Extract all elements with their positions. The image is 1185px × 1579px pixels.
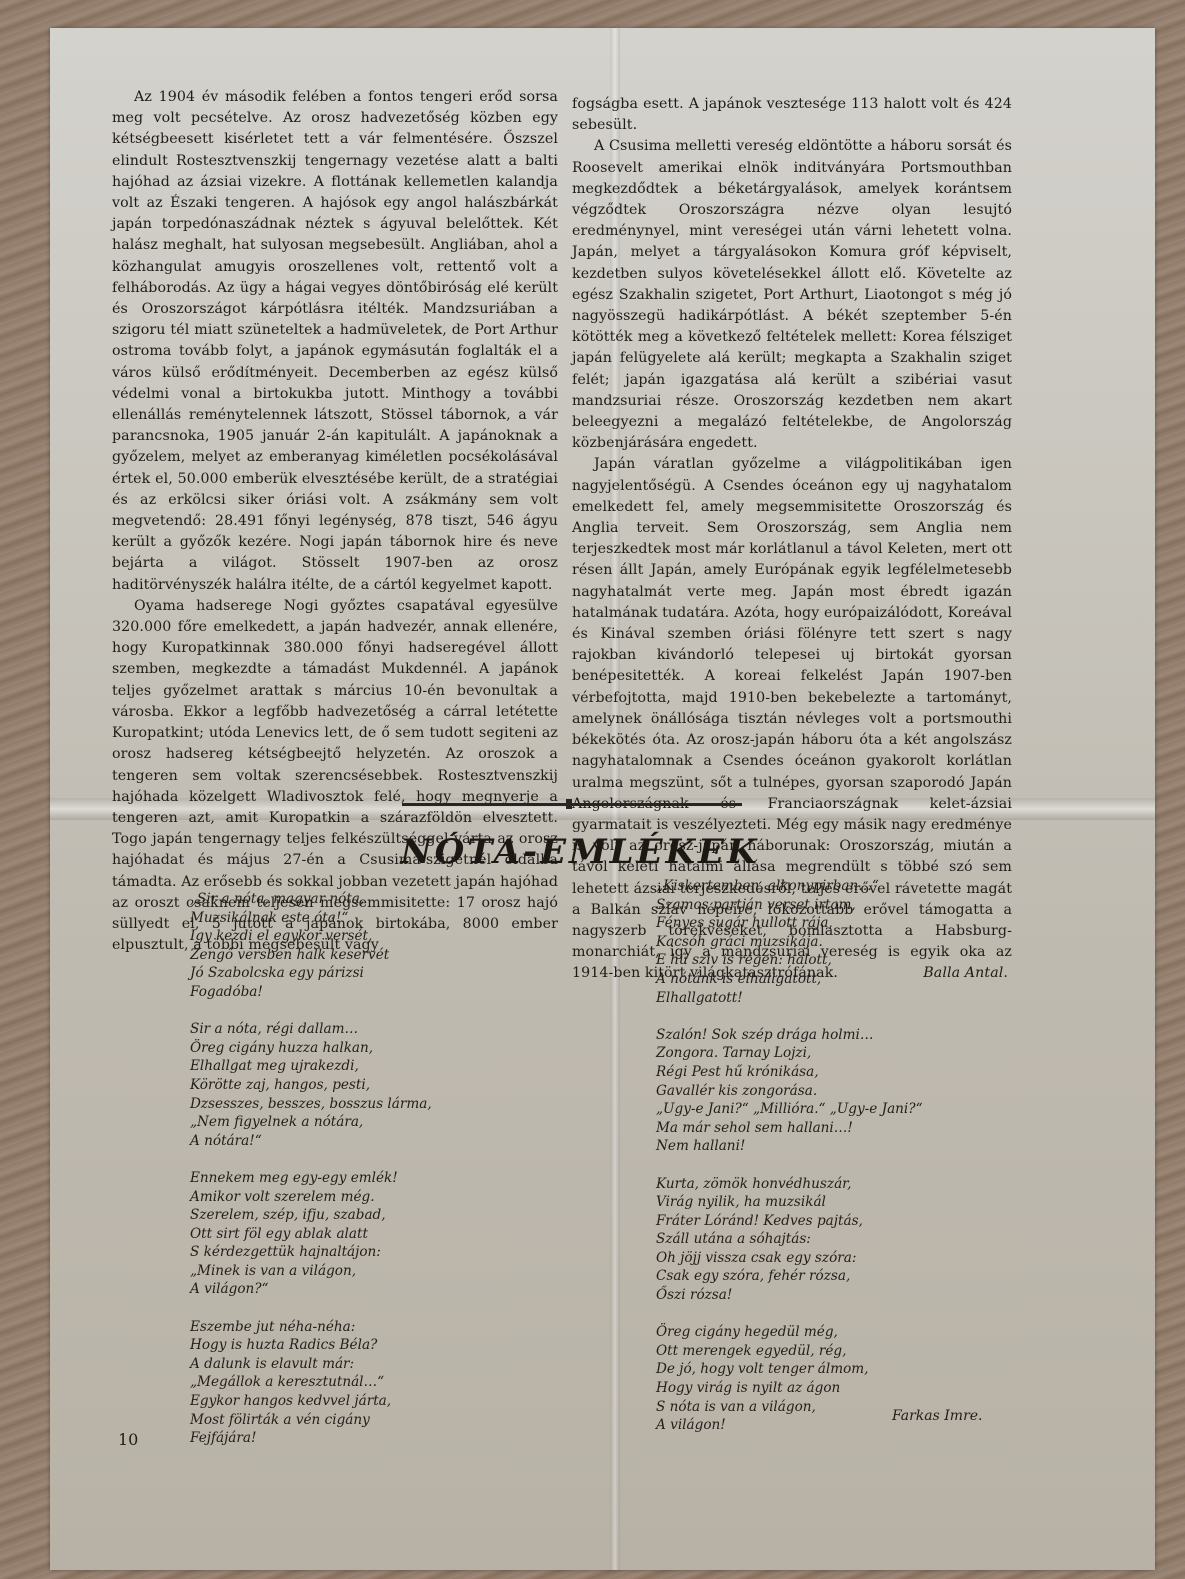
- poem-line: Sir a nóta, régi dallam…: [190, 1020, 510, 1039]
- poem-line: A dalunk is elavult már:: [190, 1355, 510, 1374]
- poem-right-column: „Kiskertemben, alkonypirban…“Szamos part…: [656, 877, 1016, 1453]
- poem-line: „Kiskertemben, alkonypirban…“: [656, 877, 1016, 896]
- poem-line: Ma már sehol sem hallani…!: [656, 1119, 1016, 1138]
- poem-line: Amikor volt szerelem még.: [190, 1188, 510, 1207]
- poem-line: Muzsikálnak este óta!“: [190, 909, 510, 928]
- poem-line: Hogy is huzta Radics Béla?: [190, 1336, 510, 1355]
- poem-line: Eszembe jut néha-néha:: [190, 1318, 510, 1337]
- poem-line: Ott sirt föl egy ablak alatt: [190, 1225, 510, 1244]
- poem-line: Öreg cigány hegedül még,: [656, 1323, 1016, 1342]
- article-paragraph: A Csusima melletti vereség eldöntötte a …: [572, 136, 1012, 454]
- article-left-column: Az 1904 év második felében a fontos teng…: [112, 87, 558, 956]
- poem-line: Körötte zaj, hangos, pesti,: [190, 1076, 510, 1095]
- poem-line: Ott merengek egyedül, rég,: [656, 1342, 1016, 1361]
- poem-line: Virág nyilik, ha muzsikál: [656, 1193, 1016, 1212]
- poem-line: Igy kezdi el egykor versét,: [190, 927, 510, 946]
- poem-line: Száll utána a sóhajtás:: [656, 1230, 1016, 1249]
- poem-line: Oh jöjj vissza csak egy szóra:: [656, 1249, 1016, 1268]
- poem-line: Zongora. Tarnay Lojzi,: [656, 1044, 1016, 1063]
- poem-line: Szerelem, szép, ifju, szabad,: [190, 1206, 510, 1225]
- poem-stanza: „Sir a nóta, magyar nóta,Muzsikálnak est…: [190, 890, 510, 1002]
- poem-line: „Ugy-e Jani?“ „Millióra.“ „Ugy-e Jani?“: [656, 1100, 1016, 1119]
- poem-line: „Minek is van a világon,: [190, 1262, 510, 1281]
- poem-line: „Nem figyelnek a nótára,: [190, 1113, 510, 1132]
- poem-line: Őszi rózsa!: [656, 1286, 1016, 1305]
- poem-line: Kurta, zömök honvédhuszár,: [656, 1175, 1016, 1194]
- poem-line: S kérdezgettük hajnaltájon:: [190, 1243, 510, 1262]
- poem-stanza: Eszembe jut néha-néha:Hogy is huzta Radi…: [190, 1318, 510, 1448]
- poem-line: A nótánk is elhallgatott,: [656, 970, 1016, 989]
- poem-line: Most fölirták a vén cigány: [190, 1411, 510, 1430]
- poem-line: Hogy virág is nyilt az ágon: [656, 1379, 1016, 1398]
- poem-line: Szamos partján verset irtam,: [656, 896, 1016, 915]
- poem-left-column: „Sir a nóta, magyar nóta,Muzsikálnak est…: [190, 890, 510, 1466]
- poem-author: Farkas Imre.: [892, 1408, 983, 1424]
- poem-line: Fényes sugár hullott rája,: [656, 914, 1016, 933]
- poem-line: Gavallér kis zongorása.: [656, 1082, 1016, 1101]
- poem-line: Elhallgatott!: [656, 989, 1016, 1008]
- poem-line: Öreg cigány huzza halkan,: [190, 1039, 510, 1058]
- poem-line: Zengő versben halk keservét: [190, 946, 510, 965]
- poem-line: Dzsesszes, besszes, bosszus lárma,: [190, 1095, 510, 1114]
- poem-line: Elhallgat meg ujrakezdi,: [190, 1057, 510, 1076]
- poem-title: NÓTA-EMLÉKEK: [390, 832, 770, 872]
- poem-line: A nótára!“: [190, 1132, 510, 1151]
- article-paragraph: Az 1904 év második felében a fontos teng…: [112, 87, 558, 596]
- poem-line: Kacsóh gráci muzsikája.: [656, 933, 1016, 952]
- poem-stanza: Ennekem meg egy-egy emlék!Amikor volt sz…: [190, 1169, 510, 1299]
- poem-line: Nem hallani!: [656, 1137, 1016, 1156]
- section-divider-ornament: [566, 799, 572, 809]
- poem-line: Jó Szabolcska egy párizsi: [190, 964, 510, 983]
- poem-line: Fogadóba!: [190, 983, 510, 1002]
- poem-line: „Megállok a keresztutnál…“: [190, 1373, 510, 1392]
- poem-line: Régi Pest hű krónikása,: [656, 1063, 1016, 1082]
- page-number: 10: [118, 1430, 138, 1449]
- section-divider-rule: [402, 803, 742, 806]
- poem-line: „Sir a nóta, magyar nóta,: [190, 890, 510, 909]
- poem-line: E hű sziv is régen: halott,: [656, 951, 1016, 970]
- poem-stanza: Szalón! Sok szép drága holmi…Zongora. Ta…: [656, 1026, 1016, 1156]
- poem-line: Egykor hangos kedvvel járta,: [190, 1392, 510, 1411]
- poem-line: De jó, hogy volt tenger álmom,: [656, 1360, 1016, 1379]
- poem-line: A világon?“: [190, 1280, 510, 1299]
- poem-line: Fejfájára!: [190, 1429, 510, 1448]
- poem-line: Fráter Lóránd! Kedves pajtás,: [656, 1212, 1016, 1231]
- article-paragraph: fogságba esett. A japánok vesztesége 113…: [572, 94, 1012, 136]
- poem-line: Szalón! Sok szép drága holmi…: [656, 1026, 1016, 1045]
- poem-stanza: Sir a nóta, régi dallam…Öreg cigány huzz…: [190, 1020, 510, 1150]
- poem-stanza: Kurta, zömök honvédhuszár,Virág nyilik, …: [656, 1175, 1016, 1305]
- poem-line: Csak egy szóra, fehér rózsa,: [656, 1267, 1016, 1286]
- poem-stanza: „Kiskertemben, alkonypirban…“Szamos part…: [656, 877, 1016, 1007]
- poem-line: Ennekem meg egy-egy emlék!: [190, 1169, 510, 1188]
